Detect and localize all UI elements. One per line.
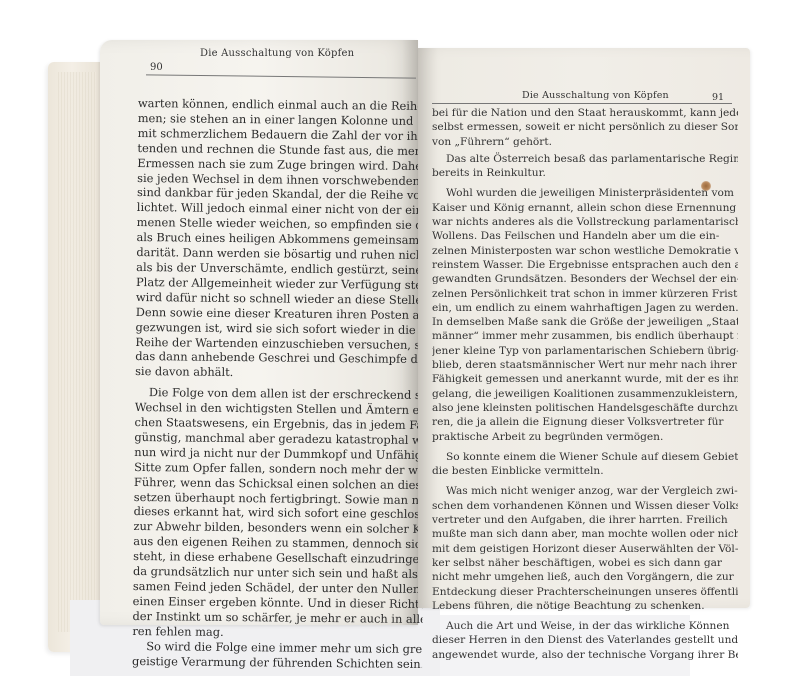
text-line: Fähigkeit gemessen und anerkannt wurde, …: [432, 372, 738, 386]
text-line: schen dem vorhandenen Können und Wissen …: [432, 499, 738, 513]
text-line: zelnen Ministerposten war schon westlich…: [432, 244, 738, 258]
paragraph: Wohl wurden die jeweiligen Ministerpräsi…: [432, 186, 738, 443]
right-page-body: bei für die Nation und den Staat herausk…: [432, 106, 738, 662]
text-line: mußte man sich dann aber, man mochte wol…: [432, 527, 738, 541]
text-line: gelang, die jeweiligen Koalitionen zusam…: [432, 387, 738, 401]
open-book-photo: 90 Die Ausschaltung von Köpfen warten kö…: [0, 0, 800, 676]
paragraph: So konnte einem die Wiener Schule auf di…: [432, 450, 738, 479]
text-line: gewandten Grundsätzen. Besonders der Wec…: [432, 272, 738, 286]
left-page: 90 Die Ausschaltung von Köpfen warten kö…: [100, 40, 418, 625]
paragraph: Auch die Art und Weise, in der das wirkl…: [432, 619, 738, 662]
text-line: Wohl wurden die jeweiligen Ministerpräsi…: [432, 186, 738, 200]
text-line: die besten Einblicke vermitteln.: [432, 464, 738, 478]
text-line: Kaiser und König ernannt, allein schon d…: [432, 201, 738, 215]
text-line: blieb, deren staatsmännischer Wert nur m…: [432, 358, 738, 372]
paragraph: Was mich nicht weniger anzog, war der Ve…: [432, 484, 738, 613]
header-rule: [146, 74, 416, 78]
text-line: dieser Herren in den Dienst des Vaterlan…: [432, 633, 738, 647]
page-number: 91: [712, 92, 724, 103]
text-line: Lebens führen, die nötige Beachtung zu s…: [432, 599, 738, 613]
text-line: von „Führern“ gehört.: [432, 135, 738, 149]
text-line: Was mich nicht weniger anzog, war der Ve…: [432, 484, 738, 498]
text-line: bei für die Nation und den Staat herausk…: [432, 106, 738, 120]
right-page: Die Ausschaltung von Köpfen 91 bei für d…: [418, 48, 750, 608]
text-line: reinstem Wasser. Die Ergebnisse entsprac…: [432, 258, 738, 272]
text-line: geistige Verarmung der führenden Schicht…: [132, 654, 422, 672]
text-line: also jene kleinsten politischen Handelsg…: [432, 401, 738, 415]
page-block-edges: [48, 62, 108, 652]
text-line: Auch die Art und Weise, in der das wirkl…: [432, 619, 738, 633]
page-number: 90: [150, 62, 163, 73]
paragraph: bei für die Nation und den Staat herausk…: [432, 106, 738, 149]
text-line: war nichts anderes als die Vollstreckung…: [432, 215, 738, 229]
text-line: Das alte Österreich besaß das parlamenta…: [432, 152, 738, 166]
text-line: angewendet wurde, also der technische Vo…: [432, 648, 738, 662]
text-line: zelnen Persönlichkeit trat schon in imme…: [432, 287, 738, 301]
paragraph: warten können, endlich einmal auch an di…: [135, 96, 428, 382]
text-line: praktische Arbeit zu begründen vermögen.: [432, 430, 738, 444]
text-line: ker selbst näher beschäftigen, wobei es …: [432, 556, 738, 570]
text-line: jener kleine Typ von parlamentarischen S…: [432, 344, 738, 358]
text-line: selbst ermessen, soweit er nicht persönl…: [432, 120, 738, 134]
text-line: ren, die ja allein die Eignung dieser Vo…: [432, 415, 738, 429]
text-line: Entdeckung dieser Prachterscheinungen un…: [432, 585, 738, 599]
text-line: So konnte einem die Wiener Schule auf di…: [432, 450, 738, 464]
text-line: vertreter und den Aufgaben, die ihrer ha…: [432, 513, 738, 527]
foxing-stain: [701, 181, 711, 191]
left-page-body: warten können, endlich einmal auch an di…: [132, 96, 428, 671]
text-line: Wollens. Das Feilschen und Handeln aber …: [432, 229, 738, 243]
paragraph: Die Folge von dem allen ist der erschrec…: [132, 385, 425, 641]
text-line: nicht mehr umgehen ließ, auch den Vorgän…: [432, 570, 738, 584]
header-rule: [432, 103, 732, 104]
paragraph: So wird die Folge eine immer mehr um sic…: [132, 639, 422, 672]
text-line: In demselben Maße sank die Größe der jew…: [432, 315, 738, 329]
text-line: ein, um endlich zu einem wahrhaftigen Ja…: [432, 301, 738, 315]
running-head: Die Ausschaltung von Köpfen: [522, 90, 669, 101]
text-line: männer“ immer mehr zusammen, bis endlich…: [432, 329, 738, 343]
running-head: Die Ausschaltung von Köpfen: [200, 48, 354, 59]
text-line: bereits in Reinkultur.: [432, 166, 738, 180]
text-line: mit dem geistigen Horizont dieser Auserw…: [432, 542, 738, 556]
paragraph: Das alte Österreich besaß das parlamenta…: [432, 152, 738, 181]
